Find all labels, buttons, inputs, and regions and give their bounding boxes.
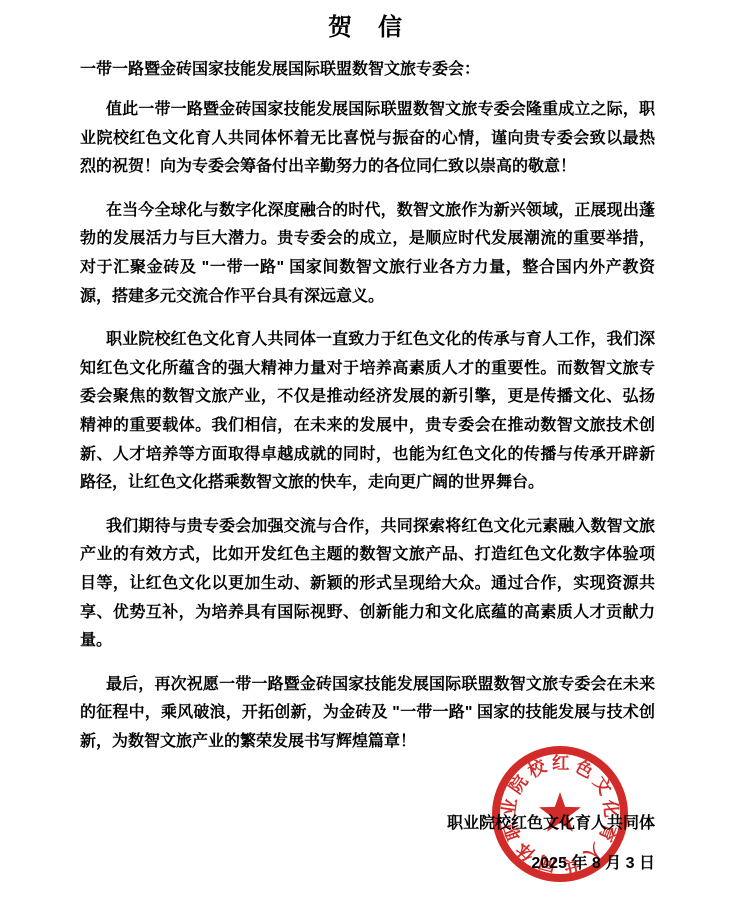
salutation: 一带一路暨金砖国家技能发展国际联盟数智文旅专委会： [80, 56, 655, 84]
paragraph: 职业院校红色文化育人共同体一直致力于红色文化的传承与育人工作，我们深知红色文化所… [80, 326, 655, 498]
paragraph: 在当今全球化与数字化深度融合的时代，数智文旅作为新兴领域，正展现出蓬勃的发展活力… [80, 197, 655, 311]
letter-page: 贺 信 一带一路暨金砖国家技能发展国际联盟数智文旅专委会： 值此一带一路暨金砖国… [0, 0, 731, 919]
letter-content: 一带一路暨金砖国家技能发展国际联盟数智文旅专委会： 值此一带一路暨金砖国家技能发… [80, 56, 655, 879]
paragraph: 值此一带一路暨金砖国家技能发展国际联盟数智文旅专委会隆重成立之际，职业院校红色文… [80, 96, 655, 182]
date: 2025 年 8 月 3 日 [80, 850, 655, 879]
letter-body: 值此一带一路暨金砖国家技能发展国际联盟数智文旅专委会隆重成立之际，职业院校红色文… [80, 96, 655, 756]
letter-title: 贺 信 [0, 0, 731, 42]
signature-block: 职业院校红色文化育人共同体 2025 年 8 月 3 日 [80, 810, 655, 878]
paragraph: 最后，再次祝愿一带一路暨金砖国家技能发展国际联盟数智文旅专委会在未来的征程中，乘… [80, 671, 655, 757]
signature: 职业院校红色文化育人共同体 [80, 810, 655, 839]
paragraph: 我们期待与贵专委会加强交流与合作，共同探索将红色文化元素融入数智文旅产业的有效方… [80, 513, 655, 656]
